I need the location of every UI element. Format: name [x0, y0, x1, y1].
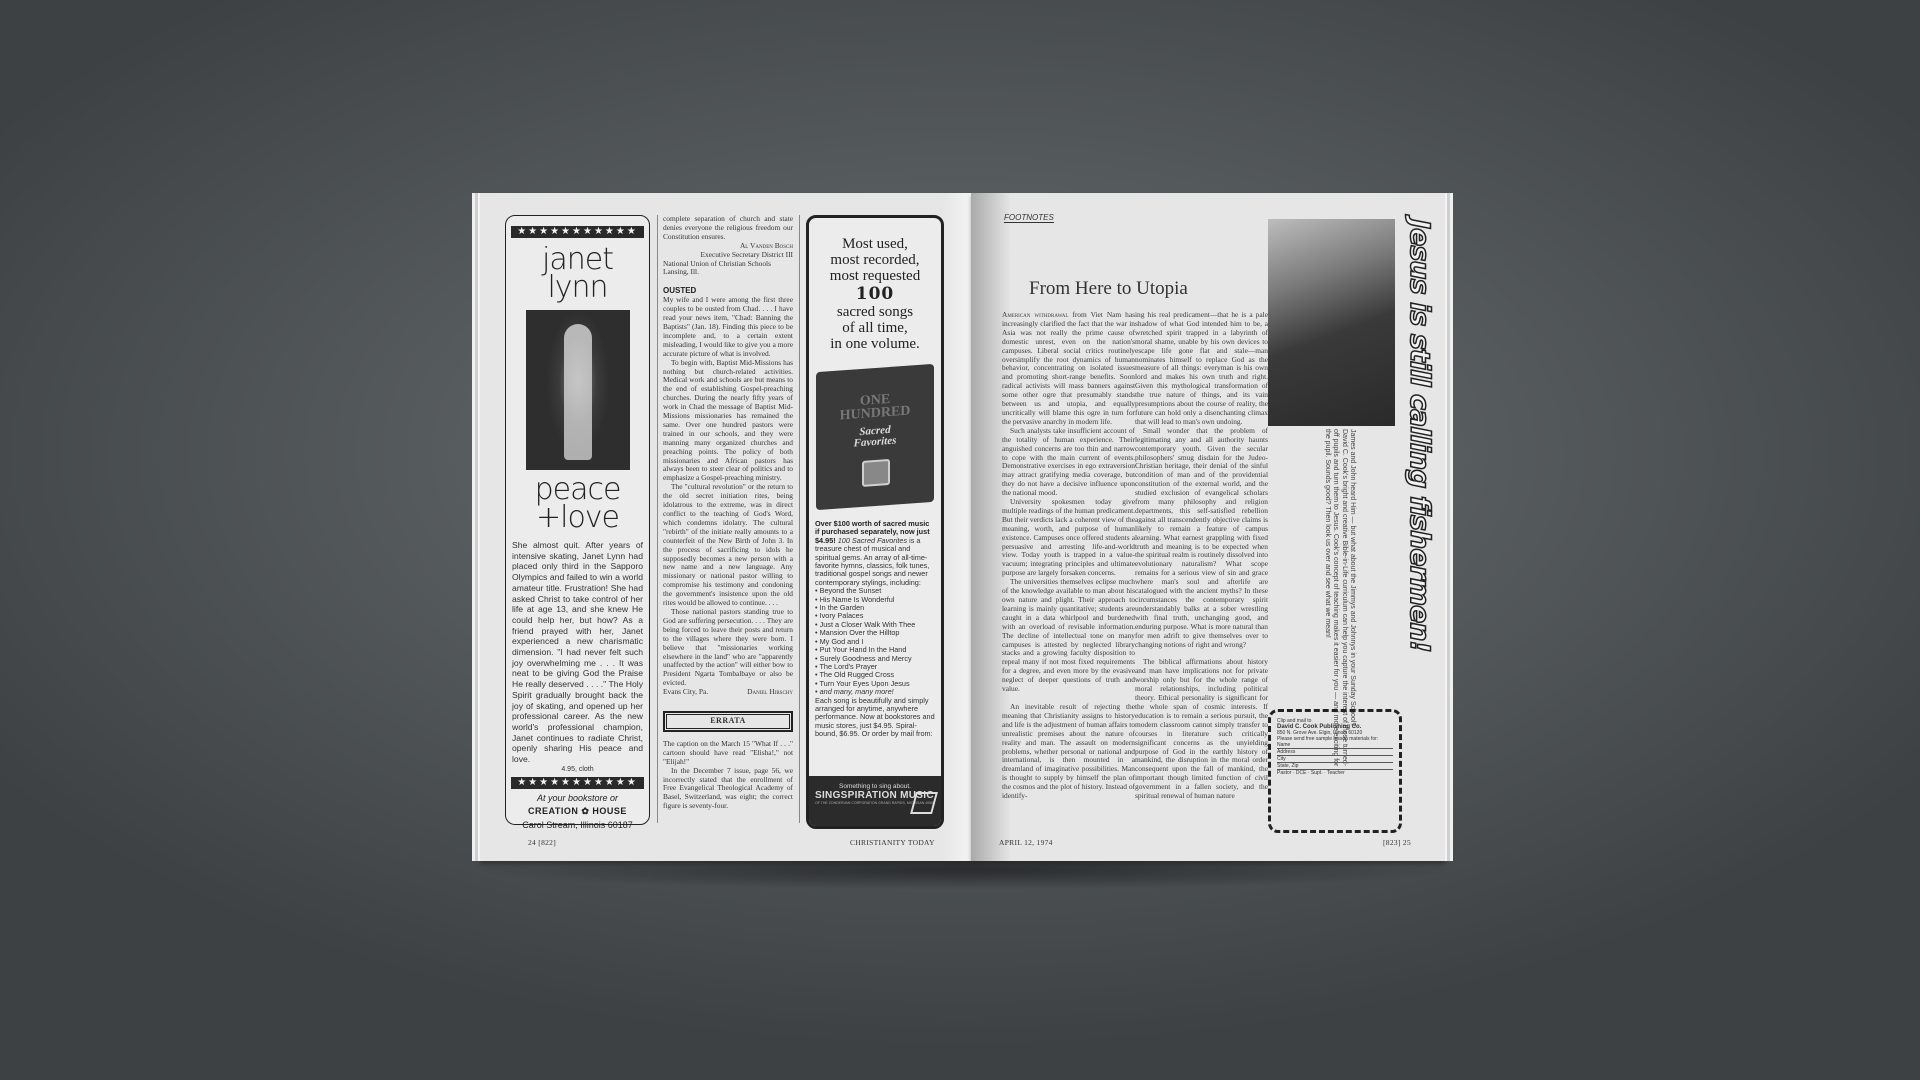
zondervan-logo-icon	[910, 792, 938, 814]
article-paragraph: University spokesmen today give multiple…	[1002, 498, 1135, 578]
coupon-field-state-zip[interactable]: State, Zip	[1277, 763, 1393, 770]
ad-title: janet lynn	[506, 246, 649, 302]
signature: Evans City, Pa. Daniel Hirschy	[663, 688, 793, 697]
publisher-address: Carol Stream, Illinois 60187	[506, 820, 649, 830]
teacher-photo	[1268, 219, 1395, 426]
letter-paragraph: Those national pastors standing true to …	[663, 608, 793, 688]
letter-paragraph: To begin with, Baptist Mid-Missions has …	[663, 359, 793, 484]
page-number-right: [823] 25	[1383, 838, 1411, 847]
ad-body: She almost quit. After years of intensiv…	[506, 540, 649, 765]
ad-closing: Each song is beautifully and simply arra…	[815, 697, 935, 739]
article-title: From Here to Utopia	[1029, 278, 1188, 300]
david-c-cook-ad: Jesus is still calling fishermen! James …	[1268, 219, 1428, 829]
article-paragraph: Small wonder that the problem of legitim…	[1135, 427, 1268, 650]
spine-highlight	[941, 193, 971, 861]
column-divider	[657, 215, 658, 823]
checkbox-pastor[interactable]: Pastor	[1277, 770, 1291, 776]
section-label: FOOTNOTES	[1004, 213, 1054, 223]
skater-figure	[564, 324, 592, 460]
article-paragraph: The biblical affirmations about history …	[1135, 658, 1268, 801]
checkbox-teacher[interactable]: Teacher	[1327, 770, 1345, 776]
coupon-field-name[interactable]: Name	[1277, 742, 1393, 749]
article-paragraph: American withdrawal from Viet Nam has in…	[1002, 311, 1135, 427]
ad-subtitle: peace +love	[506, 476, 649, 532]
issue-date: APRIL 12, 1974	[999, 838, 1053, 847]
column-divider	[799, 215, 800, 823]
book-badge-icon	[862, 459, 890, 487]
hymnal-book-image: ONEHUNDRED SacredFavorites	[816, 364, 934, 510]
errata-paragraph: The caption on the March 15 "What If . .…	[663, 740, 793, 767]
star-banner-top: ★★★★★★★★★★★	[511, 226, 644, 238]
article-column-1: American withdrawal from Viet Nam has in…	[1002, 311, 1135, 801]
coupon-field-city[interactable]: City	[1277, 756, 1393, 763]
ad-headline: Most used, most recorded, most requested…	[809, 236, 941, 352]
skater-photo	[526, 310, 630, 470]
letter-closing: complete separation of church and state …	[663, 215, 793, 242]
errata-box: ERRATA	[663, 711, 793, 732]
page-number-left: 24 [822]	[528, 838, 556, 847]
footer-line-1: At your bookstore or	[506, 793, 649, 803]
letters-column: complete separation of church and state …	[663, 215, 793, 835]
publisher-name: CREATION ✿ HOUSE	[506, 806, 649, 817]
article-paragraph: An inevitable result of rejecting the me…	[1002, 703, 1135, 801]
magazine-name: CHRISTIANITY TODAY	[850, 838, 935, 847]
letter-paragraph: My wife and I were among the first three…	[663, 296, 793, 358]
letter-paragraph: The "cultural revolution" or the return …	[663, 483, 793, 608]
hymnal-ad: Most used, most recorded, most requested…	[806, 215, 944, 829]
right-page: FOOTNOTES From Here to Utopia American w…	[971, 193, 1445, 861]
article-paragraph: The universities themselves eclipse much…	[1002, 578, 1135, 694]
errata-paragraph: In the December 7 issue, page 56, we inc…	[663, 767, 793, 812]
checkbox-dce[interactable]: DCE	[1296, 770, 1307, 776]
janet-lynn-ad: ★★★★★★★★★★★ janet lynn peace +love She a…	[505, 215, 650, 825]
mail-in-coupon[interactable]: Clip and mail to David C. Cook Publishin…	[1268, 709, 1402, 833]
song-list: Beyond the Sunset His Name Is Wonderful …	[815, 587, 935, 696]
star-banner-bottom: ★★★★★★★★★★★	[511, 777, 644, 789]
publisher-footer: Something to sing about. SINGSPIRATION M…	[809, 776, 941, 826]
checkbox-supt[interactable]: Supt.	[1311, 770, 1323, 776]
price: 4.95, cloth	[506, 766, 649, 773]
left-page: ★★★★★★★★★★★ janet lynn peace +love She a…	[480, 193, 971, 861]
ad-headline: Jesus is still calling fishermen!	[1404, 219, 1435, 619]
article-paragraph: Such analysts take insufficient account …	[1002, 427, 1135, 498]
signature-place: Lansing, Ill.	[663, 268, 793, 277]
article-paragraph: ing his real predicament—that he is a pa…	[1135, 311, 1268, 427]
article-column-2: ing his real predicament—that he is a pa…	[1135, 311, 1268, 801]
coupon-roles: Pastor · DCE · Supt. · Teacher	[1277, 770, 1393, 776]
ad-body: Over $100 worth of sacred music if purch…	[809, 506, 941, 739]
coupon-field-address[interactable]: Address	[1277, 749, 1393, 756]
